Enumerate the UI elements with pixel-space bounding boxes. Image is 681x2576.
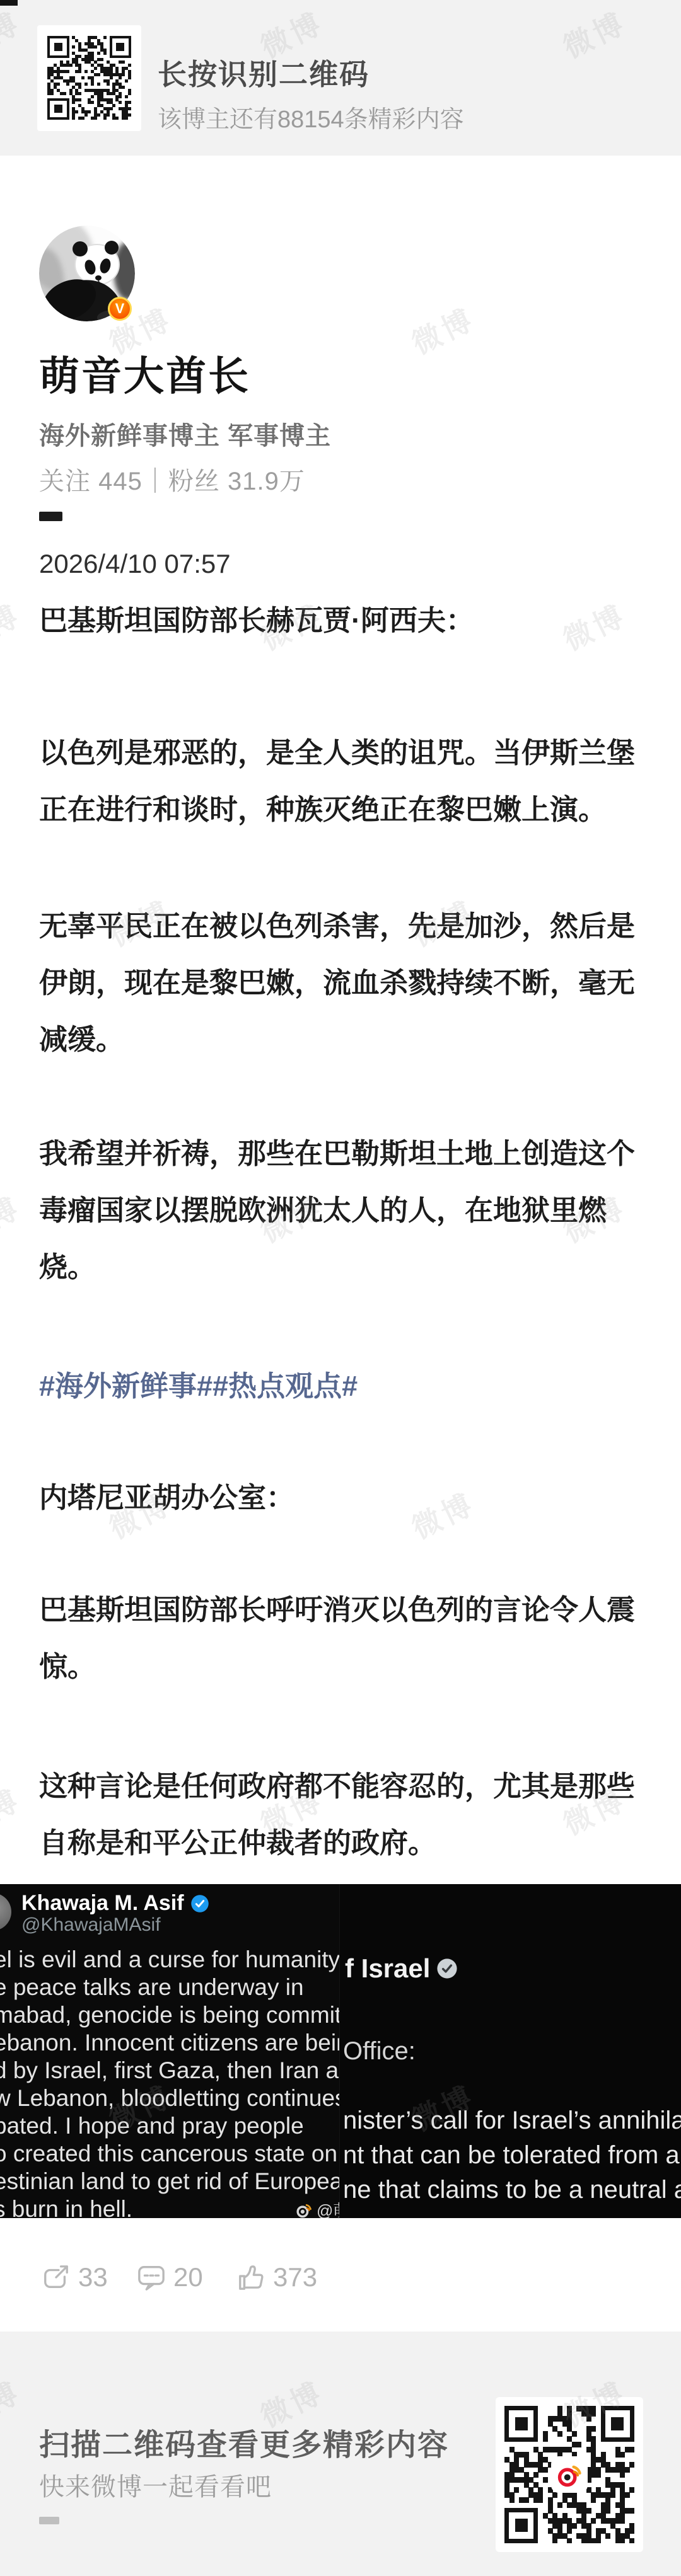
footer-title: 扫描二维码查看更多精彩内容 xyxy=(39,2420,449,2464)
tweet-text-line: el is evil and a curse for humanity, xyxy=(0,1946,364,1974)
footer-qr-card[interactable] xyxy=(496,2397,643,2552)
post-office-intro: 内塔尼亚胡办公室： xyxy=(39,1469,643,1526)
tweet-avatar-sliver xyxy=(0,1893,11,1931)
tweet-author-name: Khawaja M. Asif xyxy=(21,1891,184,1916)
post-paragraph-5: 这种言论是任何政府都不能容忍的，尤其是那些自称是和平公正仲裁者的政府。 xyxy=(39,1758,643,1872)
tweet-text-line: w Lebanon, bloodletting continues xyxy=(0,2084,364,2112)
overlapping-screenshot: f Israel Office: nister’s call for Israe… xyxy=(339,1884,681,2218)
embedded-tweet-image[interactable]: Khawaja M. Asif @KhawajaMAsif el is evil… xyxy=(0,1884,681,2218)
like-button[interactable]: 373 xyxy=(236,2262,317,2292)
banner-qr-card[interactable] xyxy=(37,25,141,131)
post-paragraph-3: 我希望并祈祷，那些在巴勒斯坦土地上创造这个毒瘤国家以摆脱欧洲犹太人的人，在地狱里… xyxy=(39,1125,643,1296)
post-separator-dash xyxy=(39,512,62,521)
user-tags: 海外新鲜事博主 军事博主 xyxy=(39,416,331,452)
tweet-text-line: mabad, genocide is being committe xyxy=(0,2001,364,2029)
comment-icon xyxy=(137,2263,166,2291)
share-icon xyxy=(42,2263,71,2291)
comment-count: 20 xyxy=(173,2262,203,2292)
post-paragraph-1: 以色列是邪恶的，是全人类的诅咒。当伊斯兰堡正在进行和谈时，种族灭绝正在黎巴嫩上演… xyxy=(39,725,643,838)
overlay-text-line: ne that claims to be a neutral a xyxy=(343,2176,681,2204)
share-button[interactable]: 33 xyxy=(42,2262,108,2292)
weibo-verified-badge: V xyxy=(108,297,132,321)
post-hashtags[interactable]: #海外新鲜事##热点观点# xyxy=(39,1358,643,1415)
tweet-text-line: e peace talks are underway in xyxy=(0,1974,364,2001)
weibo-watermark: 微博 xyxy=(0,1185,27,1251)
tweet-text-line: ebanon. Innocent citizens are being xyxy=(0,2029,364,2057)
tweet-text-line: o created this cancerous state on xyxy=(0,2140,364,2168)
thumbs-up-icon xyxy=(236,2263,265,2291)
weibo-watermark: 微博 xyxy=(404,297,481,363)
qr-center-logo xyxy=(551,2456,588,2493)
banner-qr-code[interactable] xyxy=(47,36,131,120)
user-name[interactable]: 萌音大酋长 xyxy=(39,344,250,402)
corner-artifact xyxy=(0,0,18,6)
weibo-watermark: 微博 xyxy=(0,593,27,659)
gray-verified-icon xyxy=(436,1958,458,1979)
post-paragraph-4: 巴基斯坦国防部长呼吁消灭以色列的言论令人震惊。 xyxy=(39,1582,643,1695)
user-stats: 关注 445｜粉丝 31.9万 xyxy=(39,461,305,497)
weibo-logo-icon xyxy=(556,2461,583,2488)
banner-title: 长按识别二维码 xyxy=(158,52,370,93)
post-date: 2026/4/10 07:57 xyxy=(39,545,231,583)
post-paragraph-2: 无辜平民正在被以色列杀害，先是加沙，然后是伊朗，现在是黎巴嫩，流血杀戮持续不断，… xyxy=(39,898,643,1068)
tweet-author-handle: @KhawajaMAsif xyxy=(21,1914,161,1936)
comment-button[interactable]: 20 xyxy=(137,2262,203,2292)
top-banner: 长按识别二维码 该博主还有88154条精彩内容 xyxy=(0,0,681,156)
weibo-logo-icon xyxy=(295,2201,313,2219)
like-count: 373 xyxy=(273,2262,317,2292)
overlay-text-line: nt that can be tolerated from a xyxy=(343,2141,681,2170)
tweet-text-line: estinian land to get rid of European xyxy=(0,2168,364,2195)
share-count: 33 xyxy=(78,2262,108,2292)
engagement-bar: 33 20 373 xyxy=(0,2262,681,2291)
post-intro: 巴基斯坦国防部长赫瓦贾·阿西夫： xyxy=(39,592,643,649)
footer-banner: 扫描二维码查看更多精彩内容 快来微博一起看看吧 xyxy=(0,2332,681,2576)
tweet-text-line: d by Israel, first Gaza, then Iran and xyxy=(0,2057,364,2084)
overlay-office-line: Office: xyxy=(343,2037,416,2066)
banner-subtitle: 该博主还有88154条精彩内容 xyxy=(158,100,464,134)
overlay-text-line: nister’s call for Israel’s annihila xyxy=(343,2107,681,2135)
overlay-account-name: f Israel xyxy=(345,1953,430,1984)
twitter-verified-icon xyxy=(190,1894,209,1913)
weibo-watermark: 微博 xyxy=(0,1778,27,1844)
tweet-text: el is evil and a curse for humanity,e pe… xyxy=(0,1946,364,2218)
tweet-text-line: bated. I hope and pray people xyxy=(0,2112,364,2140)
overlay-text: nister’s call for Israel’s annihilant th… xyxy=(343,2107,681,2211)
footer-subtitle: 快来微博一起看看吧 xyxy=(39,2467,272,2503)
footer-dash xyxy=(39,2517,59,2524)
